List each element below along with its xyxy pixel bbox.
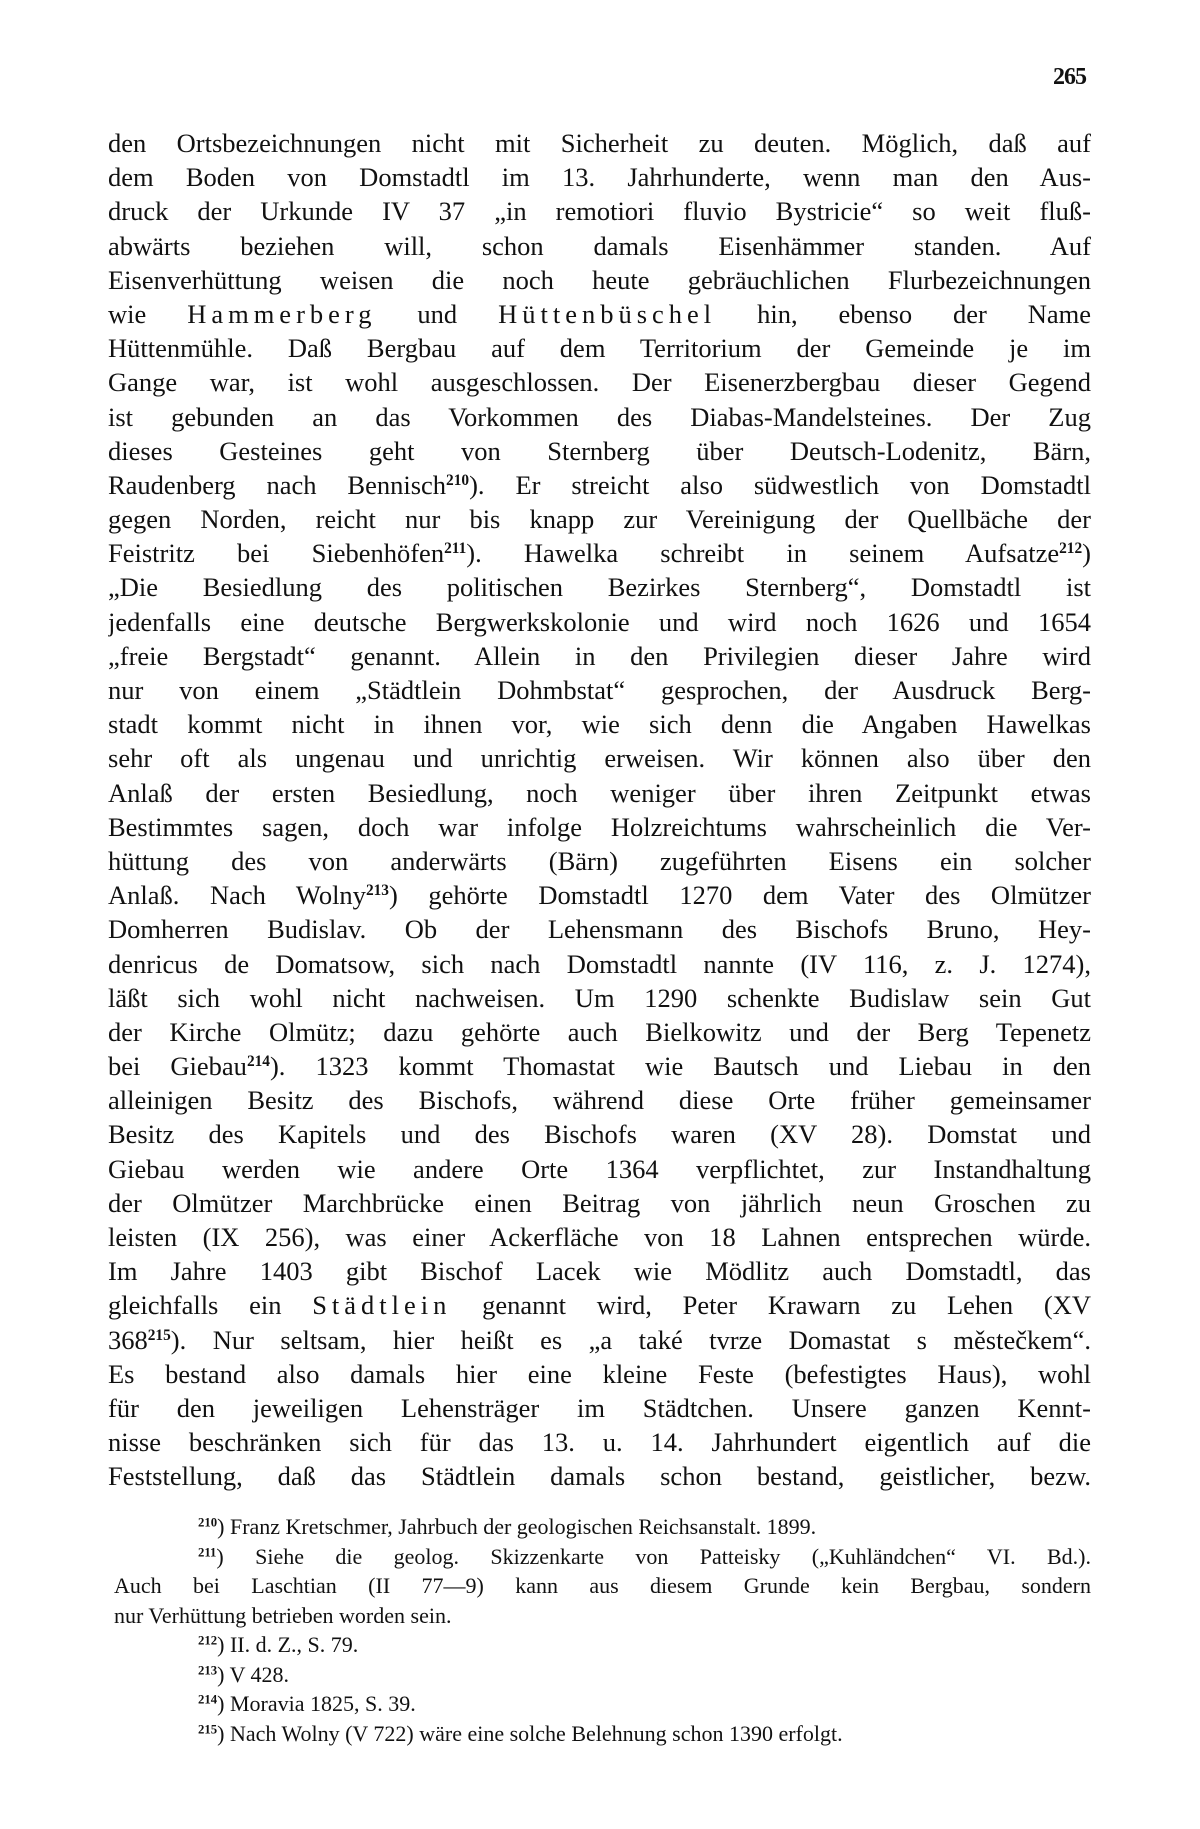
text-line: läßt sich wohl nicht nachweisen. Um 1290… (108, 981, 1091, 1015)
footnote-number: 212 (198, 1633, 217, 1647)
footnote-212: 212) II. d. Z., S. 79. (108, 1630, 1091, 1660)
footnote-ref[interactable]: 214 (247, 1053, 270, 1070)
footnote-number: 215 (198, 1722, 217, 1736)
footnote-211: 211) Siehe die geolog. Skizzenkarte von … (108, 1542, 1091, 1572)
footnote-number: 213 (198, 1663, 217, 1677)
emphasized-place-name: Hammerberg (187, 299, 376, 329)
text-line: Feststellung, daß das Städtlein damals s… (108, 1459, 1091, 1493)
text-line: Anlaß der ersten Besiedlung, noch wenige… (108, 776, 1091, 810)
text-line: dieses Gesteines geht von Sternberg über… (108, 434, 1091, 468)
page-number: 265 (1053, 64, 1086, 91)
text-line: den Ortsbezeichnungen nicht mit Sicherhe… (108, 126, 1091, 160)
footnote-number: 210 (198, 1515, 217, 1529)
text-line: nur von einem „Städtlein Dohmbstat“ gesp… (108, 673, 1091, 707)
main-text-body: den Ortsbezeichnungen nicht mit Sicherhe… (108, 126, 1091, 1494)
footnote-215: 215) Nach Wolny (V 722) wäre eine solche… (108, 1719, 1091, 1749)
text-line: Besitz des Kapitels und des Bischofs war… (108, 1117, 1091, 1151)
emphasized-word: Städtlein (312, 1290, 451, 1320)
text-line: bei Giebau214). 1323 kommt Thomastat wie… (108, 1049, 1091, 1083)
footnote-ref[interactable]: 210 (446, 472, 469, 489)
text-line: Eisenverhüttung weisen die noch heute ge… (108, 263, 1091, 297)
text-line: abwärts beziehen will, schon damals Eise… (108, 229, 1091, 263)
footnote-number: 214 (198, 1692, 217, 1706)
text-line: denricus de Domatsow, sich nach Domstadt… (108, 947, 1091, 981)
text-line: Giebau werden wie andere Orte 1364 verpf… (108, 1152, 1091, 1186)
text-line: der Olmützer Marchbrücke einen Beitrag v… (108, 1186, 1091, 1220)
text-line: wie Hammerberg und Hüttenbüschel hin, eb… (108, 297, 1091, 331)
text-line: Es bestand also damals hier eine kleine … (108, 1357, 1091, 1391)
text-line: Anlaß. Nach Wolny213) gehörte Domstadtl … (108, 878, 1091, 912)
footnote-ref[interactable]: 212 (1059, 540, 1082, 557)
text-line: ist gebunden an das Vorkommen des Diabas… (108, 400, 1091, 434)
footnote-213: 213) V 428. (108, 1660, 1091, 1690)
text-line: „freie Bergstadt“ genannt. Allein in den… (108, 639, 1091, 673)
text-line: „Die Besiedlung des politischen Bezirkes… (108, 570, 1091, 604)
text-line: hüttung des von anderwärts (Bärn) zugefü… (108, 844, 1091, 878)
text-line: Bestimmtes sagen, doch war infolge Holzr… (108, 810, 1091, 844)
text-line: gleichfalls ein Städtlein genannt wird, … (108, 1288, 1091, 1322)
text-line: Im Jahre 1403 gibt Bischof Lacek wie Möd… (108, 1254, 1091, 1288)
emphasized-place-name: Hüttenbüschel (498, 299, 716, 329)
text-line: für den jeweiligen Lehensträger im Städt… (108, 1391, 1091, 1425)
text-line: Domherren Budislav. Ob der Lehensmann de… (108, 912, 1091, 946)
text-line: 368215). Nur seltsam, hier heißt es „a t… (108, 1323, 1091, 1357)
text-line: Raudenberg nach Bennisch210). Er streich… (108, 468, 1091, 502)
text-line: stadt kommt nicht in ihnen vor, wie sich… (108, 707, 1091, 741)
footnote-number: 211 (198, 1545, 216, 1559)
footnote-211-continuation: nur Verhüttung betrieben worden sein. (108, 1601, 1091, 1631)
text-line: der Kirche Olmütz; dazu gehörte auch Bie… (108, 1015, 1091, 1049)
text-line: alleinigen Besitz des Bischofs, während … (108, 1083, 1091, 1117)
text-line: Feistritz bei Siebenhöfen211). Hawelka s… (108, 536, 1091, 570)
footnote-ref[interactable]: 211 (444, 540, 466, 557)
text-line: jedenfalls eine deutsche Bergwerkskoloni… (108, 605, 1091, 639)
text-line: gegen Norden, reicht nur bis knapp zur V… (108, 502, 1091, 536)
footnotes-section: 210) Franz Kretschmer, Jahrbuch der geol… (108, 1512, 1091, 1748)
footnote-ref[interactable]: 213 (366, 882, 389, 899)
text-line: Gange war, ist wohl ausgeschlossen. Der … (108, 365, 1091, 399)
text-line: sehr oft als ungenau und unrichtig erwei… (108, 741, 1091, 775)
text-line: dem Boden von Domstadtl im 13. Jahrhunde… (108, 160, 1091, 194)
text-line: leisten (IX 256), was einer Ackerfläche … (108, 1220, 1091, 1254)
text-line: Hüttenmühle. Daß Bergbau auf dem Territo… (108, 331, 1091, 365)
footnote-211-continuation: Auch bei Laschtian (II 77—9) kann aus di… (108, 1571, 1091, 1601)
text-line: nisse beschränken sich für das 13. u. 14… (108, 1425, 1091, 1459)
footnote-210: 210) Franz Kretschmer, Jahrbuch der geol… (108, 1512, 1091, 1542)
text-line: druck der Urkunde IV 37 „in remotiori fl… (108, 194, 1091, 228)
footnote-ref[interactable]: 215 (148, 1326, 171, 1343)
footnote-214: 214) Moravia 1825, S. 39. (108, 1689, 1091, 1719)
